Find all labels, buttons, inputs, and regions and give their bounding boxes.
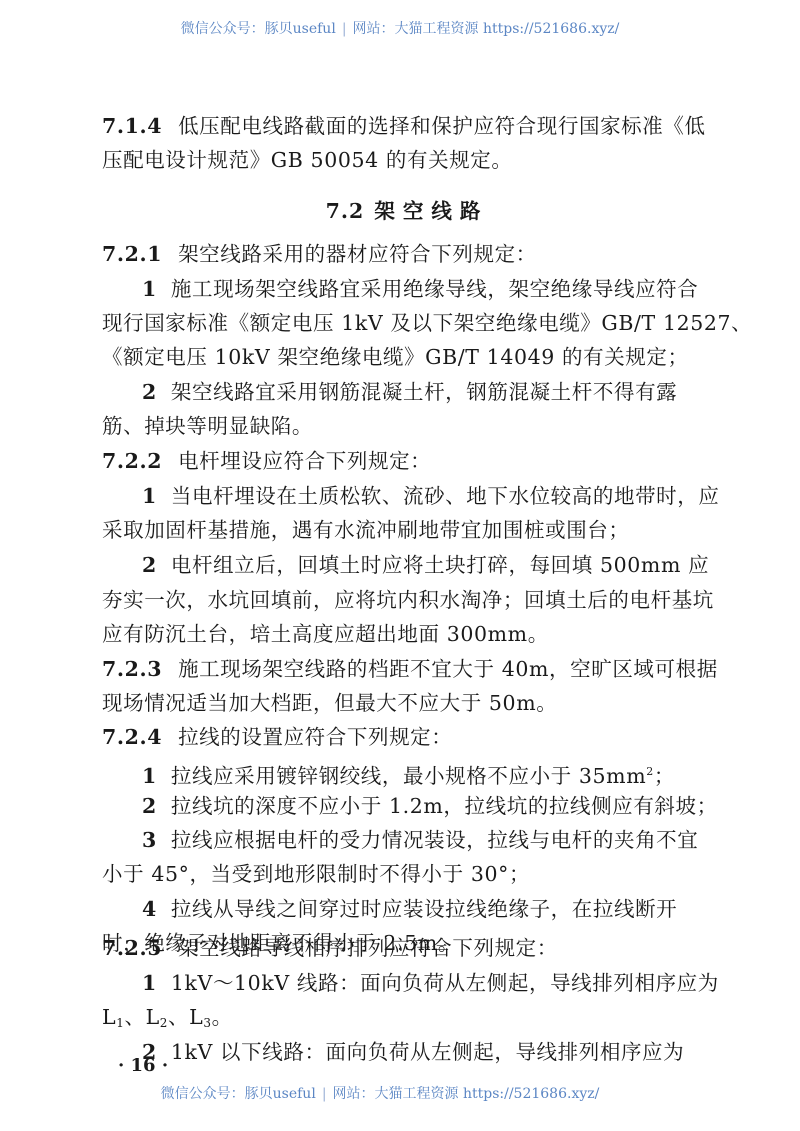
clause-number: 7.2.5	[102, 936, 162, 960]
watermark-website: 网站：大猫工程资源 https://521686.xyz/	[333, 1086, 600, 1102]
clause-number: 7.1.4	[102, 114, 162, 138]
item-number: 1	[142, 764, 157, 788]
watermark-header: 微信公众号：豚贝useful|网站：大猫工程资源 https://521686.…	[0, 18, 800, 38]
item-number: 1	[142, 971, 157, 995]
clause-7-2-2-item1-line2: 采取加固杆基措施，遇有水流冲刷地带宜加围桩或围台；	[102, 516, 630, 544]
clause-7-2-4-item3-line1: 3拉线应根据电杆的受力情况装设，拉线与电杆的夹角不宜	[142, 826, 698, 854]
clause-7-1-4-line2: 压配电设计规范》GB 50054 的有关规定。	[102, 146, 513, 174]
clause-7-2-1-item1-line3: 《额定电压 10kV 架空绝缘电缆》GB/T 14049 的有关规定；	[102, 343, 689, 371]
clause-7-2-4-item1: 1拉线应采用镀锌钢绞线，最小规格不应小于 35mm2；	[142, 758, 675, 790]
clause-7-2-4-item2: 2拉线坑的深度不应小于 1.2m，拉线坑的拉线侧应有斜坡；	[142, 792, 718, 820]
clause-number: 7.2.4	[102, 725, 162, 749]
section-title: 架空线路	[374, 199, 488, 223]
clause-7-2-1-item2-line2: 筋、掉块等明显缺陷。	[102, 412, 313, 440]
clause-7-2-1-item1-line2: 现行国家标准《额定电压 1kV 及以下架空绝缘电缆》GB/T 12527、	[102, 309, 752, 337]
watermark-separator: |	[342, 21, 347, 37]
clause-7-2-5-item1-line2: L1、L2、L3。	[102, 1003, 233, 1037]
item-number: 1	[142, 277, 157, 301]
clause-7-2-3-line2: 现场情况适当加大档距，但最大不应大于 50m。	[102, 689, 557, 717]
clause-number: 7.2.1	[102, 242, 162, 266]
clause-number: 7.2.2	[102, 449, 162, 473]
section-heading-7-2: 7.2架空线路	[102, 194, 712, 224]
clause-7-2-4: 7.2.4拉线的设置应符合下列规定：	[102, 723, 452, 751]
item-number: 4	[142, 897, 157, 921]
clause-7-2-3-line1: 7.2.3施工现场架空线路的档距不宜大于 40m，空旷区域可根据	[102, 655, 718, 683]
clause-7-2-5-item1-line1: 11kV～10kV 线路：面向负荷从左侧起，导线排列相序应为	[142, 969, 719, 997]
clause-7-1-4-line1: 7.1.4低压配电线路截面的选择和保护应符合现行国家标准《低	[102, 112, 706, 140]
clause-7-2-4-item3-line2: 小于 45°，当受到地形限制时不得小于 30°；	[102, 860, 530, 888]
clause-7-2-5: 7.2.5架空线路导线相序排列应符合下列规定：	[102, 934, 558, 962]
item-number: 2	[142, 553, 157, 577]
item-number: 3	[142, 828, 157, 852]
watermark-wechat: 微信公众号：豚贝useful	[181, 21, 336, 37]
clause-7-2-1: 7.2.1架空线路采用的器材应符合下列规定：	[102, 240, 537, 268]
clause-7-2-2-item2-line1: 2电杆组立后，回填土时应将土块打碎，每回填 500mm 应	[142, 551, 709, 579]
watermark-separator: |	[322, 1086, 327, 1102]
clause-7-2-1-item2-line1: 2架空线路宜采用钢筋混凝土杆，钢筋混凝土杆不得有露	[142, 378, 677, 406]
section-number: 7.2	[326, 199, 365, 223]
item-number: 1	[142, 484, 157, 508]
clause-7-2-5-item2-line1: 21kV 以下线路：面向负荷从左侧起，导线排列相序应为	[142, 1038, 684, 1066]
clause-7-2-2-item2-line2: 夯实一次，水坑回填前，应将坑内积水淘净；回填土后的电杆基坑	[102, 586, 714, 614]
clause-7-2-1-item1-line1: 1施工现场架空线路宜采用绝缘导线，架空绝缘导线应符合	[142, 275, 698, 303]
clause-7-2-2-item2-line3: 应有防沉土台，培土高度应超出地面 300mm。	[102, 620, 549, 648]
clause-7-2-2: 7.2.2电杆埋设应符合下列规定：	[102, 447, 431, 475]
clause-7-2-2-item1-line1: 1当电杆埋设在土质松软、流砂、地下水位较高的地带时，应	[142, 482, 719, 510]
page-number: · 16 ·	[118, 1055, 168, 1076]
clause-7-2-4-item4-line1: 4拉线从导线之间穿过时应装设拉线绝缘子，在拉线断开	[142, 895, 677, 923]
watermark-footer: 微信公众号：豚贝useful|网站：大猫工程资源 https://521686.…	[0, 1083, 780, 1103]
item-number: 2	[142, 380, 157, 404]
watermark-website: 网站：大猫工程资源 https://521686.xyz/	[353, 21, 620, 37]
clause-number: 7.2.3	[102, 657, 162, 681]
item-number: 2	[142, 794, 157, 818]
watermark-wechat: 微信公众号：豚贝useful	[161, 1086, 316, 1102]
